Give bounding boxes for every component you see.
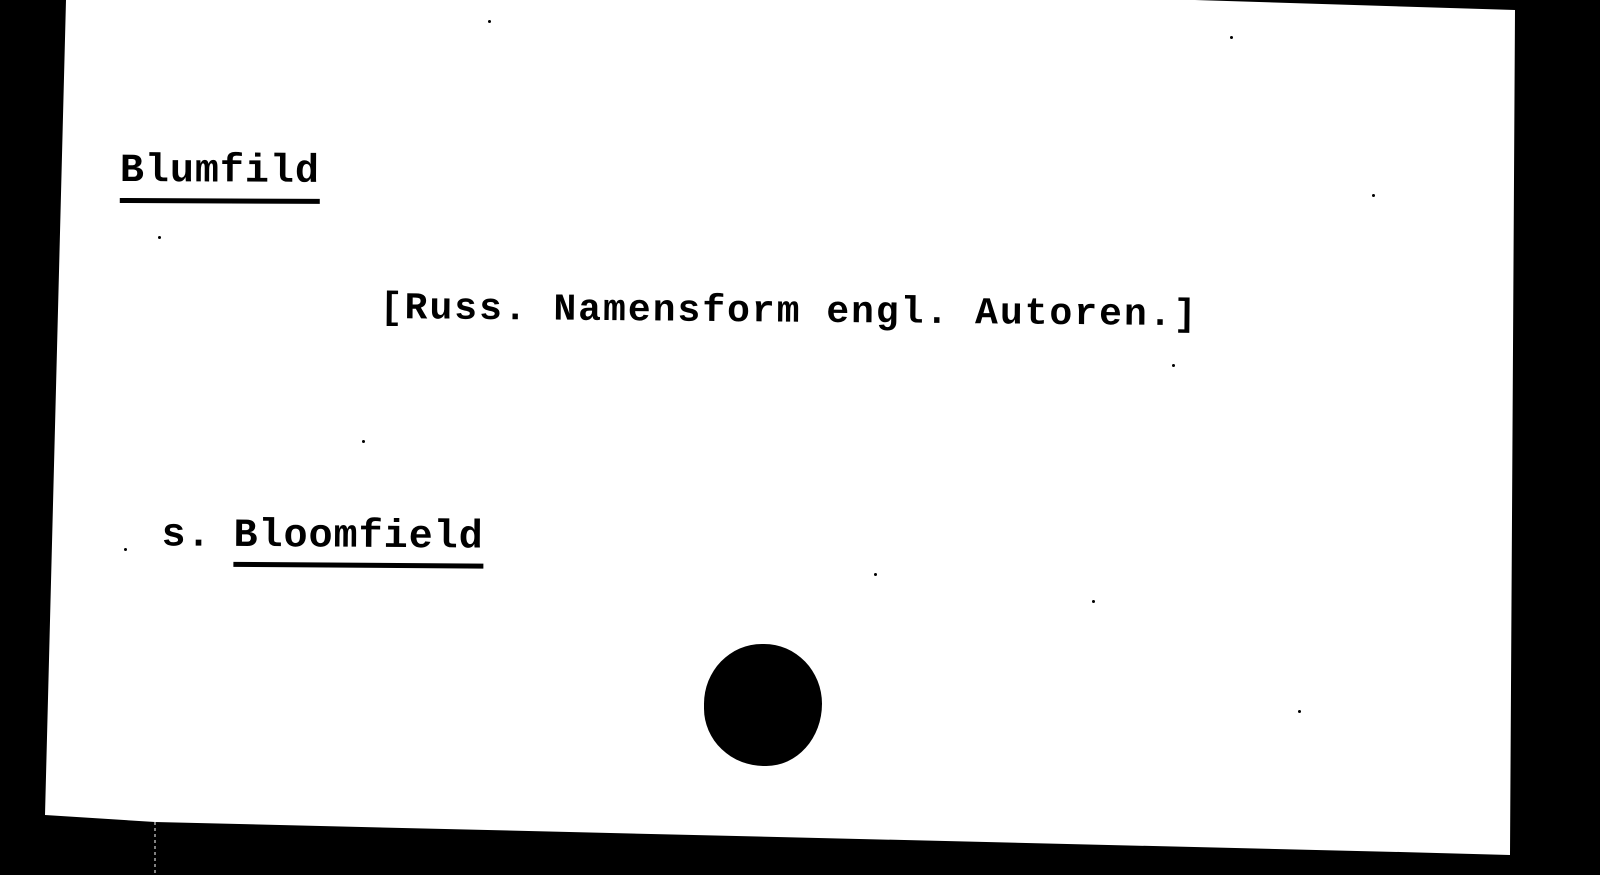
speck bbox=[362, 440, 365, 443]
speck bbox=[1298, 710, 1301, 713]
speck bbox=[436, 564, 439, 567]
speck bbox=[124, 548, 127, 551]
see-prefix: s. bbox=[161, 513, 211, 558]
speck bbox=[488, 20, 491, 23]
card-note: [Russ. Namensform engl. Autoren.] bbox=[380, 290, 1199, 335]
punch-hole bbox=[704, 644, 822, 766]
card-heading: Blumfild bbox=[120, 152, 320, 204]
speck bbox=[158, 236, 161, 239]
speck bbox=[1372, 194, 1375, 197]
see-reference-target: Bloomfield bbox=[233, 517, 483, 569]
speck bbox=[1092, 600, 1095, 603]
speck bbox=[874, 573, 877, 576]
speck bbox=[1230, 36, 1233, 39]
speck bbox=[1172, 364, 1175, 367]
cross-reference: s.Bloomfield bbox=[111, 476, 484, 569]
